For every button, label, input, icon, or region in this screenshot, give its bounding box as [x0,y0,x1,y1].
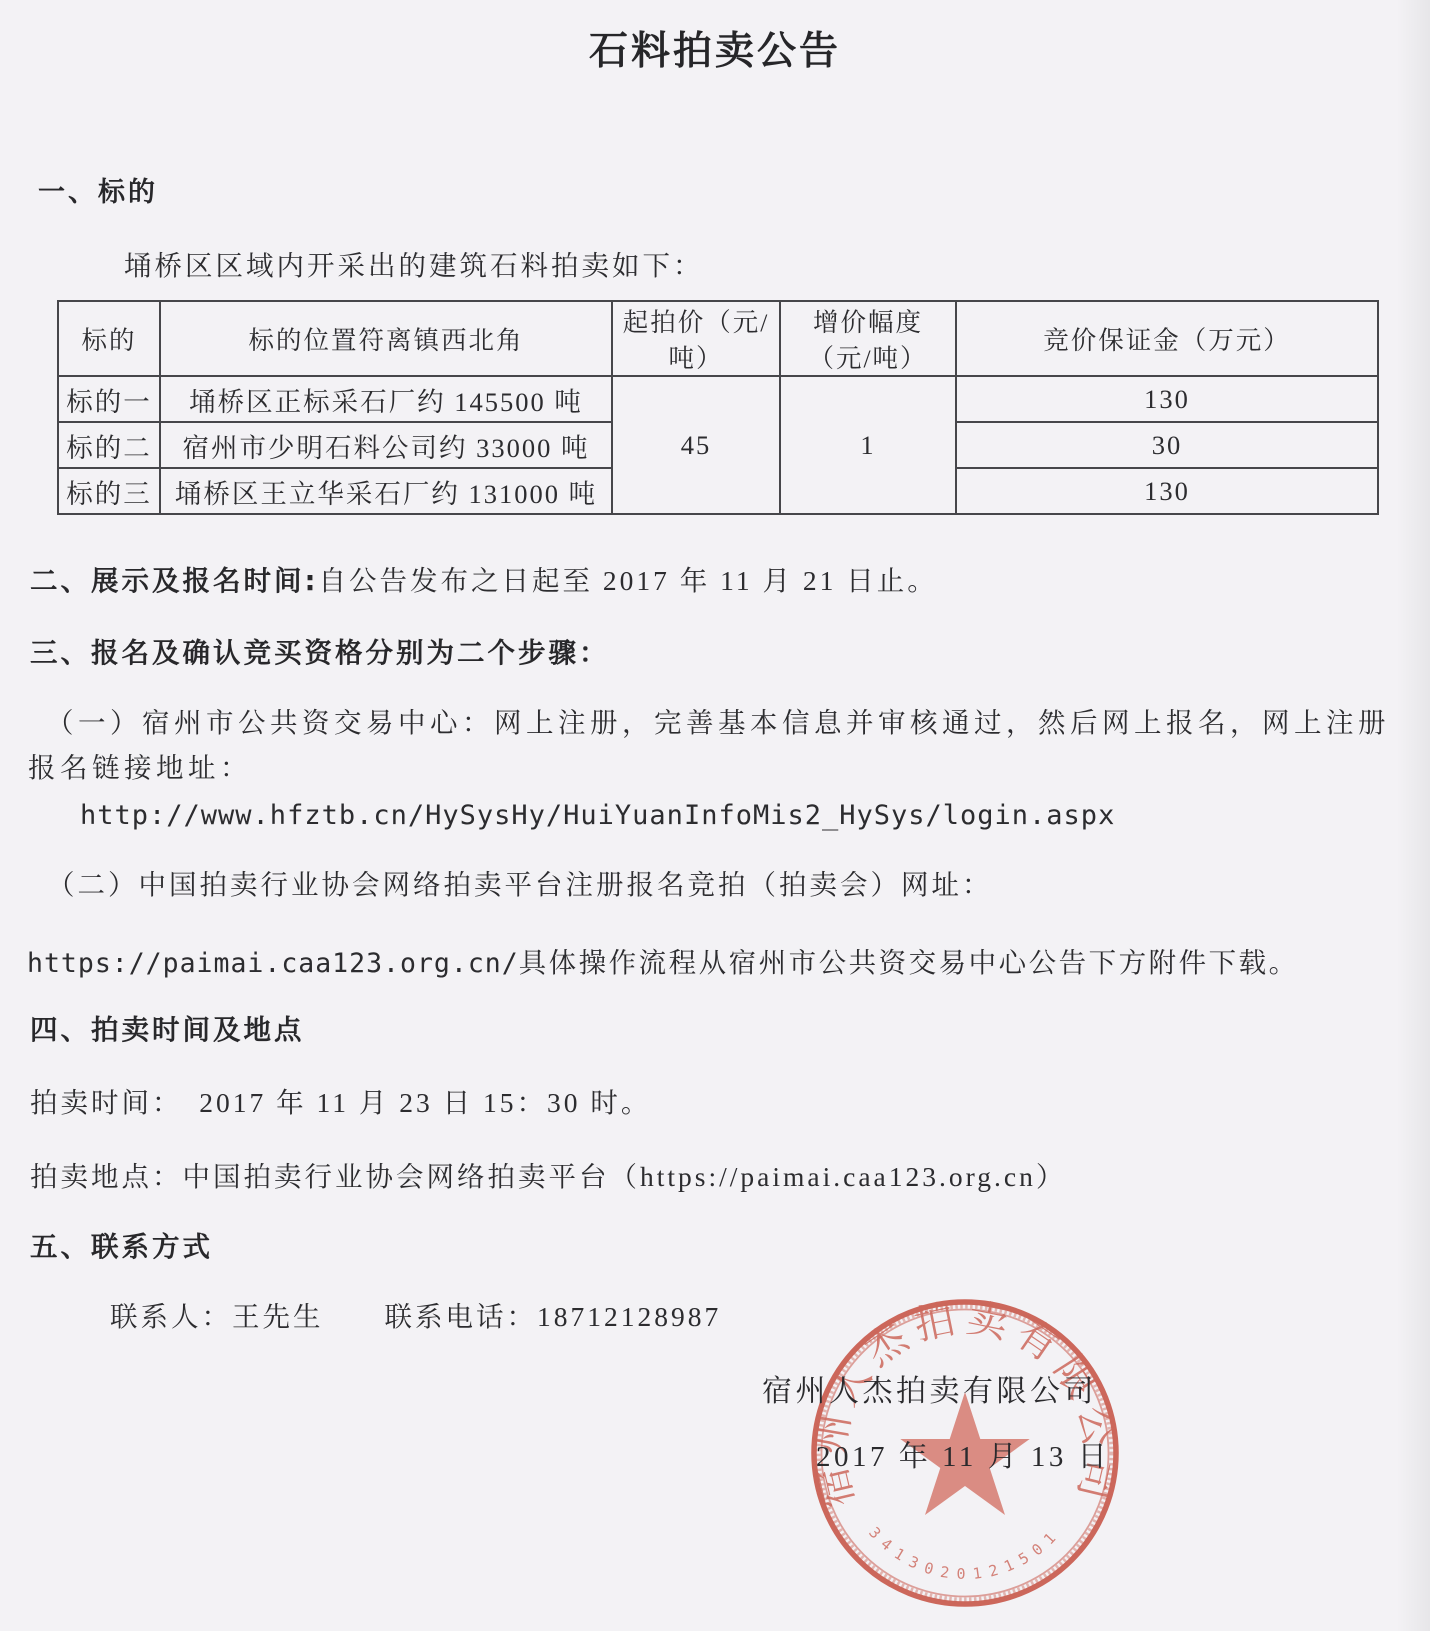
table-header-row: 标的 标的位置符离镇西北角 起拍价（元/吨） 增价幅度（元/吨） 竞价保证金（万… [58,301,1378,376]
signature-date: 2017 年 11 月 13 日 [816,1434,1110,1475]
page-title: 石料拍卖公告 [0,20,1430,76]
section-3-item-2: （二）中国拍卖行业协会网络拍卖平台注册报名竞拍（拍卖会）网址： [47,862,993,902]
lot-id: 标的一 [58,376,160,422]
deposit-value: 130 [956,468,1378,514]
column-header-deposit: 竞价保证金（万元） [956,301,1378,376]
lot-intro-text: 埇桥区区域内开采出的建筑石料拍卖如下： [124,243,704,283]
start-price-value: 45 [612,376,780,514]
svg-text:3413020121501: 3413020121501 [865,1523,1065,1583]
column-header-increment: 增价幅度（元/吨） [780,301,956,376]
auction-platform-line: https://paimai.caa123.org.cn/具体操作流程从宿州市公… [27,940,1299,980]
section-2-heading: 二、展示及报名时间: [30,565,319,597]
deposit-value: 30 [956,422,1378,468]
lot-location: 埇桥区正标采石厂约 145500 吨 [160,376,612,422]
section-3-item-1: （一）宿州市公共资交易中心：网上注册，完善基本信息并审核通过，然后网上报名，网上… [28,700,1398,790]
section-2-line: 二、展示及报名时间:自公告发布之日起至 2017 年 11 月 21 日止。 [30,558,938,598]
signature-company: 宿州人杰拍卖有限公司 [762,1366,1097,1410]
column-header-lot: 标的 [58,301,160,376]
scanned-auction-notice: 石料拍卖公告 一、标的 埇桥区区域内开采出的建筑石料拍卖如下： 标的 标的位置符… [0,0,1430,1631]
lot-location: 埇桥区王立华采石厂约 131000 吨 [160,468,612,514]
section-5-heading: 五、联系方式 [30,1224,213,1264]
deposit-value: 130 [956,376,1378,422]
auction-platform-note: 具体操作流程从宿州市公共资交易中心公告下方附件下载。 [519,947,1299,978]
section-3-heading: 三、报名及确认竞买资格分别为二个步骤： [30,630,610,670]
section-2-text: 自公告发布之日起至 2017 年 11 月 21 日止。 [319,565,938,596]
registration-url: http://www.hfztb.cn/HySysHy/HuiYuanInfoM… [80,800,1115,831]
lot-location: 宿州市少明石料公司约 33000 吨 [160,422,612,468]
section-1-heading: 一、标的 [38,170,158,209]
auction-time-line: 拍卖时间： 2017 年 11 月 23 日 15：30 时。 [30,1080,651,1120]
column-header-location: 标的位置符离镇西北角 [160,301,612,376]
auction-place-line: 拍卖地点：中国拍卖行业协会网络拍卖平台（https://paimai.caa12… [30,1154,1066,1194]
auction-platform-url: https://paimai.caa123.org.cn/ [27,948,519,979]
increment-value: 1 [780,376,956,514]
auction-lots-table: 标的 标的位置符离镇西北角 起拍价（元/吨） 增价幅度（元/吨） 竞价保证金（万… [57,300,1379,515]
column-header-start-price: 起拍价（元/吨） [612,301,780,376]
seal-number-text: 3413020121501 [865,1523,1065,1583]
table-row: 标的一 埇桥区正标采石厂约 145500 吨 45 1 130 [58,376,1378,422]
lot-id: 标的三 [58,468,160,514]
lot-id: 标的二 [58,422,160,468]
contact-line: 联系人：王先生 联系电话：18712128987 [110,1294,721,1334]
section-4-heading: 四、拍卖时间及地点 [30,1007,305,1047]
